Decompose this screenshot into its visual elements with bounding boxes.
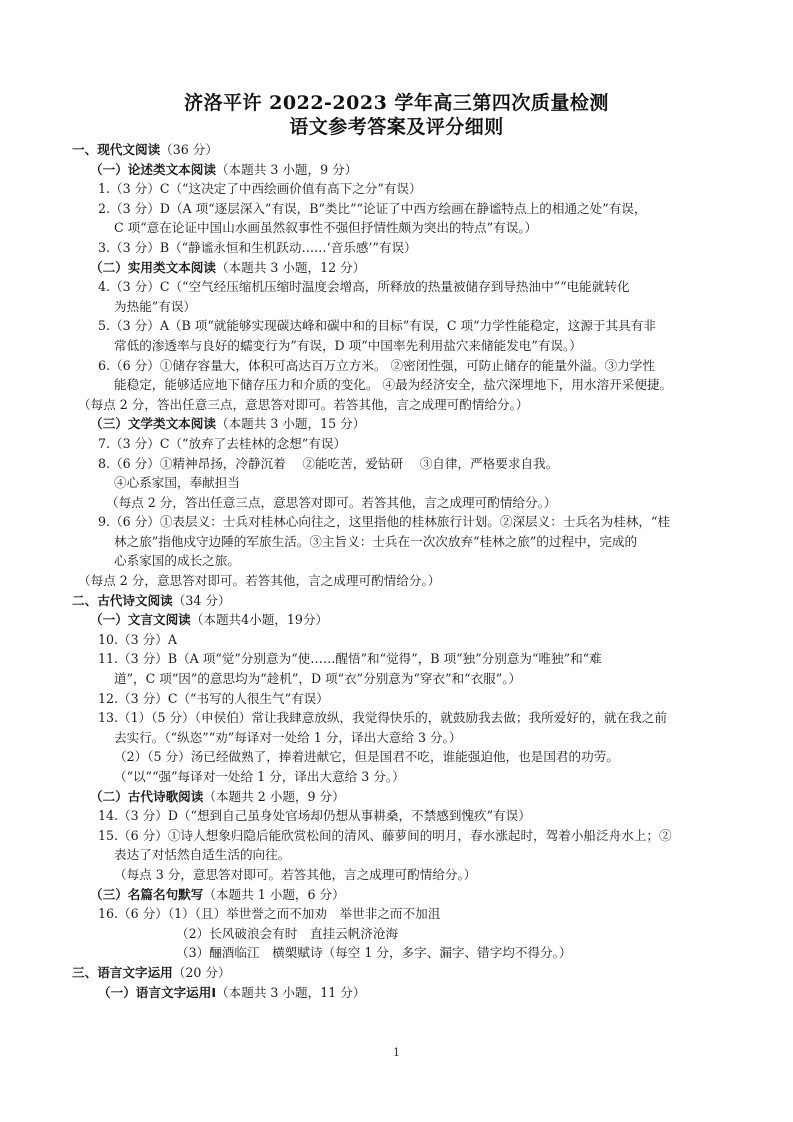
page-number: 1 — [0, 1046, 793, 1059]
scoring-note-q13-2: （“以”“强”每译对一处给 1 分，译出大意给 3 分。） — [72, 767, 732, 787]
scoring-note-q9: （每点 2 分，意思答对即可。若答其他，言之成理可酌情给分。） — [72, 571, 732, 591]
answer-q9-cont: 林之旅”指他戍守边陲的军旅生活。③主旨义：士兵在一次次放弃“桂林之旅”的过程中，… — [72, 532, 732, 552]
answer-q6-cont: 能稳定，能够适应地下储存压力和介质的变化。 ④最为经济安全，盐穴深埋地下，用水溶… — [72, 375, 732, 395]
answer-q2: 2.（3 分）D（A 项“逐层深入”有误，B“类比”“论证了中西方绘画在静谧特点… — [72, 199, 732, 219]
scoring-note-q6: （每点 2 分，答出任意三点，意思答对即可。若答其他，言之成理可酌情给分。） — [72, 395, 732, 415]
answer-q5-cont: 常低的渗透率与良好的蠕变行为”有误，D 项“中国率先利用盐穴来储能发电”有误。） — [72, 336, 732, 356]
answer-q13-1-cont: 去实行。（“纵恣”“劝”每译对一处给 1 分，译出大意给 3 分。） — [72, 728, 732, 748]
section-heading-language-use: 三、语言文字运用（20 分） — [72, 963, 732, 983]
subsection-heading-classical-prose: （一）文言文阅读（本题共4小题，19分） — [72, 610, 732, 630]
answer-q12: 12.（3 分）C（“书写的人很生气”有误） — [72, 689, 732, 709]
answer-q16-2: （2）长风破浪会有时 直挂云帆济沧海 — [72, 924, 732, 944]
answer-q8: 8.（6 分）①精神昂扬，冷静沉着 ②能吃苦，爱钻研 ③自律，严格要求自我。 — [72, 454, 732, 474]
answer-q9: 9.（6 分）①表层义：士兵对桂林心向往之，这里指他的桂林旅行计划。②深层义：士… — [72, 512, 732, 532]
subsection-heading-classical-poetry: （二）古代诗歌阅读（本题共 2 小题，9 分） — [72, 787, 732, 807]
subsection-heading-argumentative: （一）论述类文本阅读（本题共 3 小题，9 分） — [72, 160, 732, 180]
answer-q15-cont: 表达了对恬然自适生活的向往。 — [72, 845, 732, 865]
answer-q7: 7.（3 分）C（“放弃了去桂林的念想”有误） — [72, 434, 732, 454]
document-subtitle: 语文参考答案及评分细则 — [0, 116, 793, 138]
answer-q4-cont: 为热能”有误） — [72, 297, 732, 317]
answer-q1: 1.（3 分）C（“这决定了中西绘画价值有高下之分”有误） — [72, 179, 732, 199]
answer-q15: 15.（6 分）①诗人想象归隐后能欣赏松间的清风、藤萝间的明月，春水涨起时，驾着… — [72, 826, 732, 846]
scoring-note-q8: （每点 2 分，答出任意三点，意思答对即可。若答其他，言之成理可酌情给分。） — [72, 493, 732, 513]
answer-q8-cont: ④心系家国，奉献担当 — [72, 473, 732, 493]
subsection-heading-recitation: （三）名篇名句默写（本题共 1 小题，6 分） — [72, 885, 732, 905]
answer-q3: 3.（3 分）B（“静谧永恒和生机跃动……‘音乐感’”有误） — [72, 238, 732, 258]
subsection-heading-literary: （三）文学类文本阅读（本题共 3 小题，15 分） — [72, 414, 732, 434]
scoring-note-q15: （每点 3 分，意思答对即可。若答其他，言之成理可酌情给分。） — [72, 865, 732, 885]
answer-q9-cont2: 心系家国的成长之旅。 — [72, 551, 732, 571]
answer-q11: 11.（3 分）B（A 项“觉”分别意为“使……醒悟”和“觉得”，B 项“独”分… — [72, 649, 732, 669]
answer-q16-3: （3）酾酒临江 横槊赋诗（每空 1 分，多字、漏字、错字均不得分。） — [72, 943, 732, 963]
answer-key-body: 一、现代文阅读（36 分） （一）论述类文本阅读（本题共 3 小题，9 分） 1… — [72, 140, 732, 1002]
answer-q11-cont: 道”，C 项“因”的意思均为“趁机”，D 项“衣”分别意为“穿衣”和“衣服”。） — [72, 669, 732, 689]
answer-q13-2: （2）（5 分）汤已经做熟了，捧着进献它，但是国君不吃，谁能强迫他，也是国君的功… — [72, 747, 732, 767]
document-title: 济洛平许 2022-2023 学年高三第四次质量检测 — [0, 92, 793, 114]
section-heading-classical-reading: 二、古代诗文阅读（34 分） — [72, 591, 732, 611]
answer-q16-1: 16.（6 分）（1）（且）举世誉之而不加劝 举世非之而不加沮 — [72, 904, 732, 924]
answer-q6: 6.（6 分）①储存容量大，体积可高达百万立方米。 ②密闭性强，可防止储存的能量… — [72, 356, 732, 376]
subsection-heading-practical: （二）实用类文本阅读（本题共 3 小题，12 分） — [72, 258, 732, 278]
answer-q10: 10.（3 分）A — [72, 630, 732, 650]
answer-q13-1: 13.（1）（5 分）（申侯伯）常让我肆意放纵，我觉得快乐的，就鼓励我去做；我所… — [72, 708, 732, 728]
answer-q4: 4.（3 分）C（“空气经压缩机压缩时温度会增高，所释放的热量被储存到导热油中”… — [72, 277, 732, 297]
answer-q14: 14.（3 分）D（“想到自己虽身处官场却仍想从事耕桑，不禁感到愧疚”有误） — [72, 806, 732, 826]
answer-q2-cont: C 项“意在论证中国山水画虽然叙事性不强但抒情性颇为突出的特点”有误。） — [72, 218, 732, 238]
subsection-heading-language-use-1: （一）语言文字运用Ⅰ（本题共 3 小题，11 分） — [72, 983, 732, 1003]
answer-q5: 5.（3 分）A（B 项“就能够实现碳达峰和碳中和的目标”有误，C 项“力学性能… — [72, 316, 732, 336]
section-heading-modern-reading: 一、现代文阅读（36 分） — [72, 140, 732, 160]
